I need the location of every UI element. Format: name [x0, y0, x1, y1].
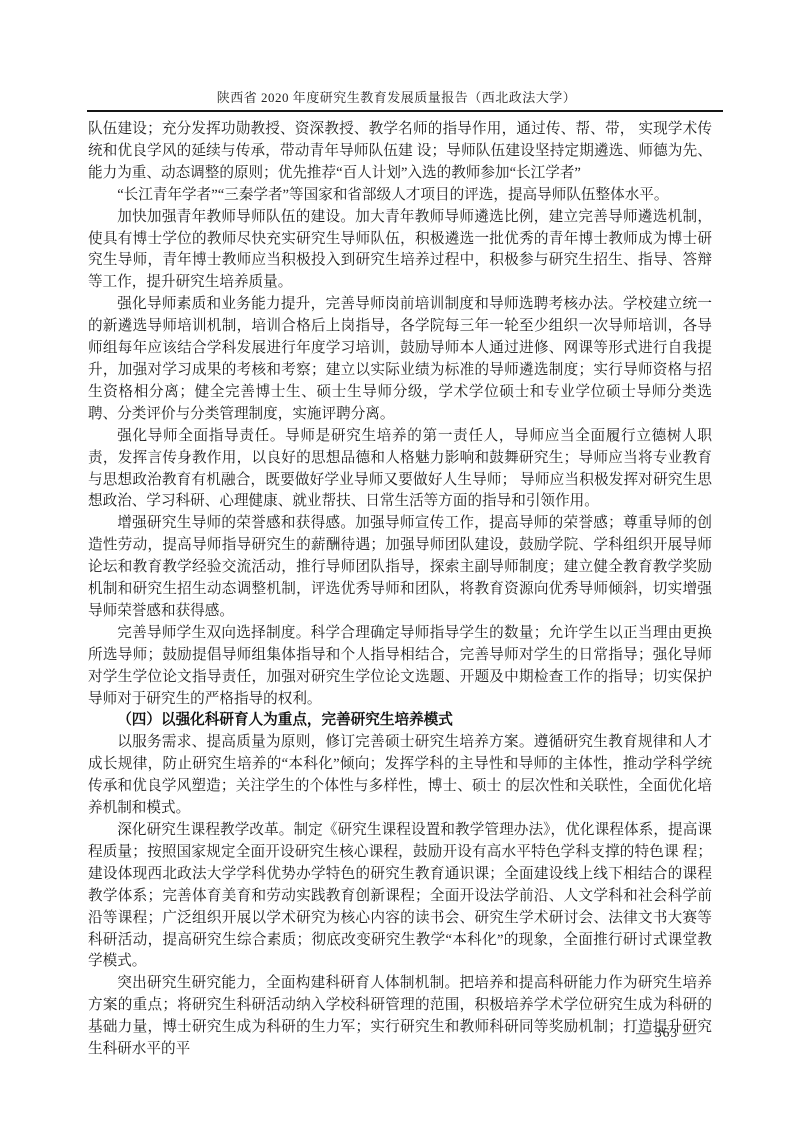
- body-paragraph: 完善导师学生双向选择制度。科学合理确定导师指导学生的数量；允许学生以正当理由更换…: [88, 623, 712, 711]
- page-body: 队伍建设；充分发挥功勋教授、资深教授、教学名师的指导作用，通过传、帮、带， 实现…: [88, 119, 712, 1061]
- body-paragraph: 突出研究生研究能力，全面构建科研育人体制机制。把培养和提高科研能力作为研究生培养…: [88, 973, 712, 1061]
- running-header: 陕西省 2020 年度研究生教育发展质量报告（西北政法大学）: [0, 90, 793, 112]
- body-paragraph: 加快加强青年教师导师队伍的建设。加大青年教师导师遴选比例，建立完善导师遴选机制，…: [88, 207, 712, 295]
- body-paragraph: 以服务需求、提高质量为原则，修订完善硕士研究生培养方案。遵循研究生教育规律和人才…: [88, 732, 712, 820]
- body-paragraph: “长江青年学者”“三秦学者”等国家和省部级人才项目的评选，提高导师队伍整体水平。: [88, 185, 712, 207]
- header-title: 陕西省 2020 年度研究生教育发展质量报告（西北政法大学）: [0, 90, 793, 106]
- body-paragraph: 强化导师全面指导责任。导师是研究生培养的第一责任人，导师应当全面履行立德树人职责…: [88, 426, 712, 514]
- section-heading: （四）以强化科研育人为重点，完善研究生培养模式: [88, 710, 712, 732]
- body-paragraph: 强化导师素质和业务能力提升，完善导师岗前培训制度和导师选聘考核办法。学校建立统一…: [88, 294, 712, 425]
- document-page: 陕西省 2020 年度研究生教育发展质量报告（西北政法大学） 队伍建设；充分发挥…: [0, 0, 793, 1122]
- header-rule: [87, 110, 723, 112]
- page-number: — 363 —: [636, 1025, 697, 1041]
- body-paragraph: 增强研究生导师的荣誉感和获得感。加强导师宣传工作，提高导师的荣誉感；尊重导师的创…: [88, 513, 712, 623]
- body-paragraph: 深化研究生课程教学改革。制定《研究生课程设置和教学管理办法》，优化课程体系，提高…: [88, 820, 712, 973]
- body-paragraph: 队伍建设；充分发挥功勋教授、资深教授、教学名师的指导作用，通过传、帮、带， 实现…: [88, 119, 712, 185]
